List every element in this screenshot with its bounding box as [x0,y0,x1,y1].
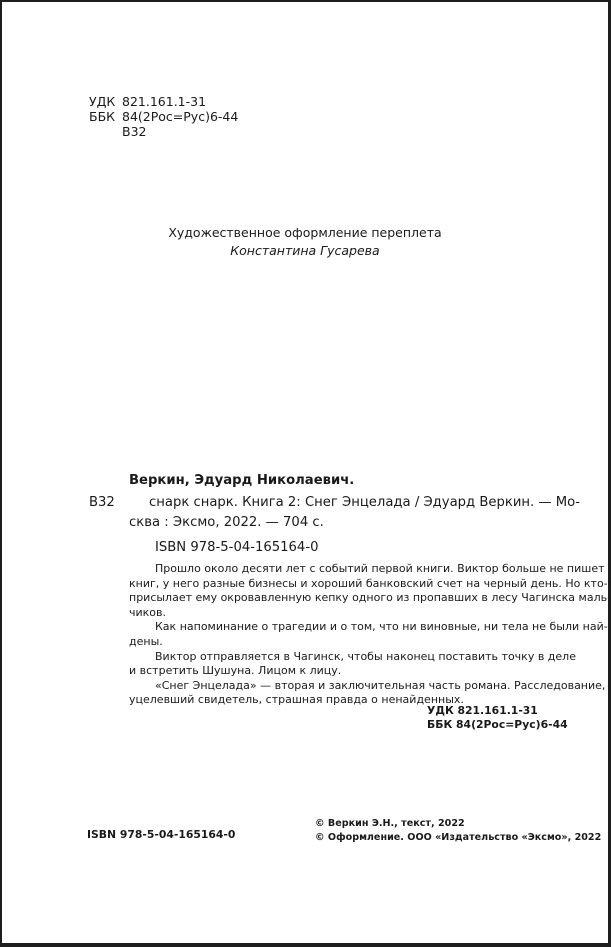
cover-credit: Художественное оформление переплета Конс… [2,224,608,260]
card-author: Веркин, Эдуард Николаевич. [129,473,354,488]
card-author-mark: В32 [89,495,115,510]
bbk-value: 84(2Рос=Рус)6-44 [122,109,238,124]
udk-value: 821.161.1-31 [122,94,206,109]
card-isbn: ISBN 978-5-04-165164-0 [155,540,318,555]
annotation-line: Как напоминание о трагедии и о том, что … [155,620,553,635]
udk-label: УДК [89,94,115,109]
cover-credit-label: Художественное оформление переплета [2,224,608,242]
annotation: Прошло около десяти лет с событий первой… [129,562,553,712]
card-title-line-1: снарк снарк. Книга 2: Снег Энцелада / Эд… [129,495,553,510]
cover-artist: Константина Гусарева [2,242,608,260]
bbk-label: ББК [89,109,115,124]
imprint-page: УДК 821.161.1-31 ББК 84(2Рос=Рус)6-44 В3… [2,2,608,943]
copyright-text: © Веркин Э.Н., текст, 2022 [315,817,465,831]
card-udk: УДК 821.161.1-31 [427,704,538,718]
card-title-line-2: сква : Эксмо, 2022. — 704 с. [129,515,324,530]
annotation-line: Прошло около десяти лет с событий первой… [155,562,553,577]
copyright-design: © Оформление. ООО «Издательство «Эксмо»,… [315,831,601,845]
footer-isbn: ISBN 978-5-04-165164-0 [87,828,235,842]
annotation-line: «Снег Энцелада» — вторая и заключительна… [155,679,553,694]
annotation-line: дены. [129,635,553,650]
annotation-line: чиков. [129,606,553,621]
annotation-line: Виктор отправляется в Чагинск, чтобы нак… [155,650,553,665]
classification-block: УДК 821.161.1-31 ББК 84(2Рос=Рус)6-44 В3… [89,94,249,142]
card-bbk: ББК 84(2Рос=Рус)6-44 [427,718,568,732]
annotation-line: книг, у него разные бизнесы и хороший ба… [129,577,553,592]
author-mark: В32 [122,124,146,139]
annotation-line: и встретить Шушуна. Лицом к лицу. [129,664,553,679]
annotation-line: присылает ему окровавленную кепку одного… [129,591,553,606]
